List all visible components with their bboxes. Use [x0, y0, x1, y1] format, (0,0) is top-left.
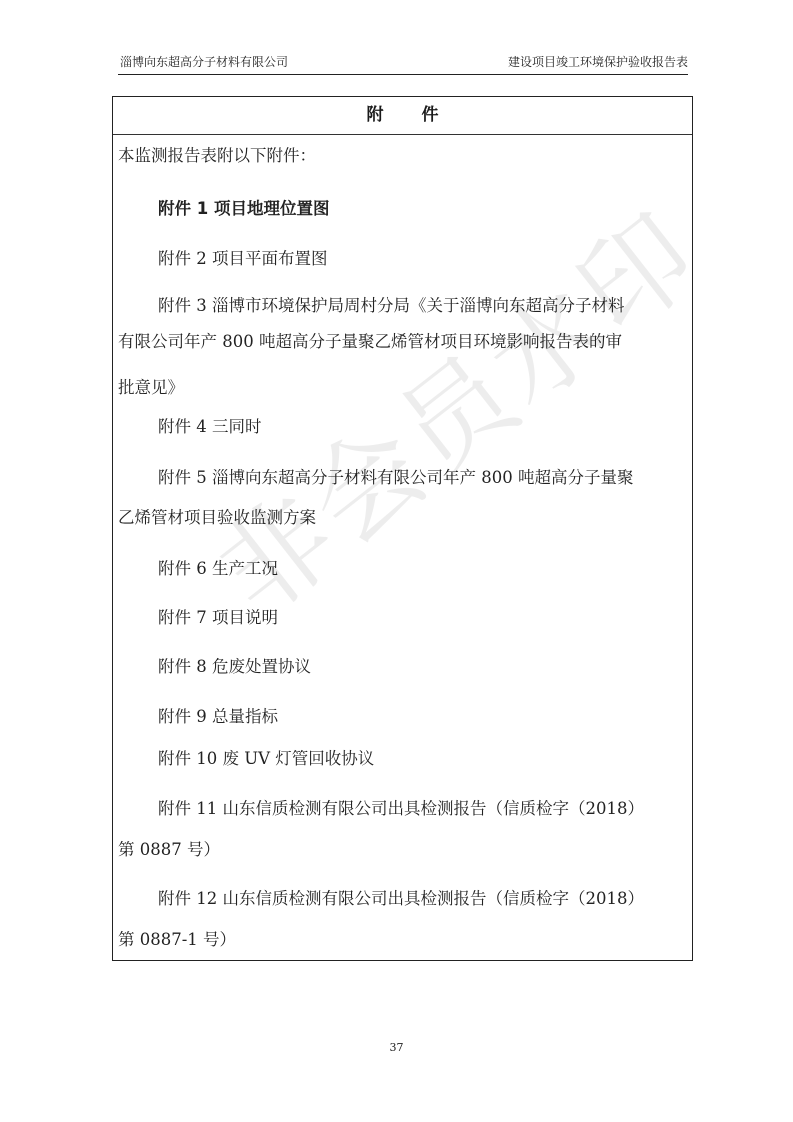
attachment-10: 附件 10 废 UV 灯管回收协议: [158, 745, 374, 769]
attachment-2: 附件 2 项目平面布置图: [158, 245, 328, 269]
attachment-12-line-1: 附件 12 山东信质检测有限公司出具检测报告（信质检字（2018）: [158, 885, 644, 909]
attachment-11-line-2: 第 0887 号）: [118, 836, 220, 860]
page-number: 37: [0, 1041, 793, 1054]
attachment-9: 附件 9 总量指标: [158, 703, 278, 727]
header-company-name: 淄博向东超高分子材料有限公司: [120, 52, 288, 72]
header-document-type: 建设项目竣工环境保护验收报告表: [508, 52, 688, 72]
attachment-6: 附件 6 生产工况: [158, 555, 278, 579]
attachment-5-line-2: 乙烯管材项目验收监测方案: [118, 504, 316, 528]
attachment-8: 附件 8 危废处置协议: [158, 653, 311, 677]
attachments-table: 附 件 本监测报告表附以下附件： 附件 1 项目地理位置图 附件 2 项目平面布…: [112, 96, 693, 961]
attachment-3-line-3: 批意见》: [118, 374, 184, 398]
attachment-4: 附件 4 三同时: [158, 413, 262, 437]
attachment-7: 附件 7 项目说明: [158, 604, 278, 628]
intro-text: 本监测报告表附以下附件：: [118, 142, 316, 166]
attachment-3-line-1: 附件 3 淄博市环境保护局周村分局《关于淄博向东超高分子材料: [158, 292, 625, 316]
attachment-1: 附件 1 项目地理位置图: [158, 195, 329, 219]
attachments-title: 附 件: [113, 97, 692, 135]
attachment-11-line-1: 附件 11 山东信质检测有限公司出具检测报告（信质检字（2018）: [158, 795, 644, 819]
attachment-3-line-2: 有限公司年产 800 吨超高分子量聚乙烯管材项目环境影响报告表的审: [118, 328, 622, 352]
attachment-5-line-1: 附件 5 淄博向东超高分子材料有限公司年产 800 吨超高分子量聚: [158, 464, 633, 488]
attachment-12-line-2: 第 0887-1 号）: [118, 926, 236, 950]
page-header: 淄博向东超高分子材料有限公司 建设项目竣工环境保护验收报告表: [118, 52, 688, 75]
